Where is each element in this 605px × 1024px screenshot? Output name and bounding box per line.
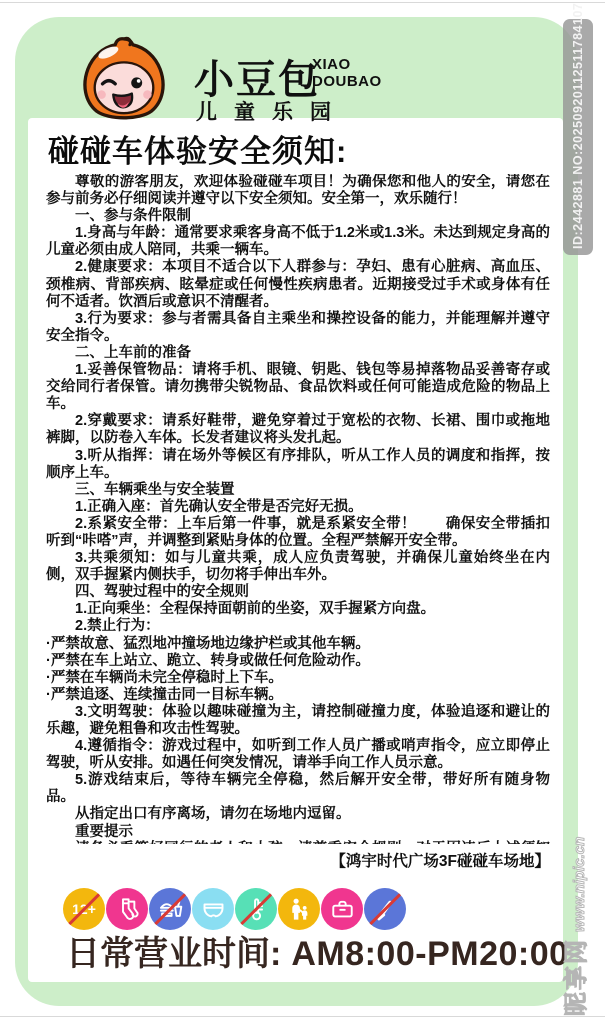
- notice-paragraph: 重要提示: [46, 824, 550, 841]
- notice-paragraph: 3.行为要求：参与者需具备自主乘坐和操控设备的能力，并能理解并遵守安全指令。: [46, 311, 550, 345]
- notice-body: 尊敬的游客朋友，欢迎体验碰碰车项目！为确保您和他人的安全，请您在参与前务必仔细阅…: [46, 174, 550, 844]
- notice-paragraph: 1.正向乘坐：全程保持面朝前的坐姿，双手握紧方向盘。: [46, 601, 550, 618]
- watermark-site-brand: 昵享网: [563, 938, 590, 1016]
- notice-paragraph: 2.禁止行为：: [46, 618, 550, 635]
- bag-storage-icon: [321, 888, 363, 930]
- notice-paragraph: 尊敬的游客朋友，欢迎体验碰碰车项目！为确保您和他人的安全，请您在参与前务必仔细阅…: [46, 174, 550, 208]
- notice-paragraph: 四、驾驶过程中的安全规则: [46, 584, 550, 601]
- poster: 小豆包 XIAO DOUBAO 儿童乐园 碰碰车体验安全须知: 尊敬的游客朋友，…: [0, 0, 605, 1024]
- brand-en-line2: DOUBAO: [312, 73, 382, 90]
- notice-paragraph: ·严禁故意、猛烈地冲撞场地边缘护栏或其他车辆。: [46, 636, 550, 653]
- watermark-site-url: www.nipic.cn: [571, 837, 588, 932]
- business-hours: 日常营业时间:AM8:00-PM20:00: [66, 926, 556, 975]
- notice-paragraph: 1.妥善保管物品：请将手机、眼镜、钥匙、钱包等易掉落物品妥善寄存或交给同行者保管…: [46, 362, 550, 413]
- business-hours-label: 日常营业时间:: [66, 935, 281, 973]
- notice-paragraph: 二、上车前的准备: [46, 345, 550, 362]
- notice-paragraph: ·严禁追逐、连续撞击同一目标车辆。: [46, 687, 550, 704]
- no-age-12-plus-icon: 12+: [63, 888, 105, 930]
- adult-supervision-icon: [278, 888, 320, 930]
- watermark-id-text: ID:2442881 NO:20250920112511784107: [563, 19, 593, 255]
- brand-header: 小豆包 XIAO DOUBAO 儿童乐园: [66, 34, 536, 120]
- brand-en-line1: XIAO: [312, 56, 382, 73]
- notice-paragraph: 5.游戏结束后，等待车辆完全停稳，然后解开安全带，带好所有随身物品。: [46, 772, 550, 806]
- mascot-icon: [68, 36, 180, 120]
- watermark-id-bar: ID:2442881 NO:20250920112511784107: [563, 19, 593, 255]
- top-border-line: [0, 2, 605, 3]
- notice-paragraph: 2.健康要求：本项目不适合以下人群参与：孕妇、患有心脏病、高血压、颈椎病、背部疾…: [46, 259, 550, 310]
- no-sharp-objects-icon: [364, 888, 406, 930]
- socks-required-icon: [106, 888, 148, 930]
- notice-paragraph: 1.身高与年龄：通常要求乘客身高不低于1.2米或1.3米。未达到规定身高的儿童必…: [46, 225, 550, 259]
- business-hours-value: AM8:00-PM20:00: [291, 935, 568, 973]
- notice-paragraph: 从指定出口有序离场，请勿在场地内逗留。: [46, 806, 550, 823]
- no-fever-thermometer-icon: [235, 888, 277, 930]
- diaper-required-icon: [192, 888, 234, 930]
- notice-paragraph: 2.穿戴要求：请系好鞋带，避免穿着过于宽松的衣物、长裙、围巾或拖地裤脚，以防卷入…: [46, 413, 550, 447]
- notice-paragraph: ·严禁在车辆尚未完全停稳时上下车。: [46, 670, 550, 687]
- notice-paragraph: 一、参与条件限制: [46, 208, 550, 225]
- notice-paragraph: 3.听从指挥：请在场外等候区有序排队，听从工作人员的调度和指挥，按顺序上车。: [46, 448, 550, 482]
- notice-paragraph: ·严禁在车上站立、跪立、转身或做任何危险动作。: [46, 653, 550, 670]
- venue-line: 【鸿宇时代广场3F碰碰车场地】: [46, 849, 550, 871]
- bottom-border-line: [0, 1016, 605, 1017]
- notice-title: 碰碰车体验安全须知:: [48, 126, 558, 171]
- notice-paragraph: 2.系紧安全带：上车后第一件事，就是系紧安全带！ 确保安全带插扣听到“咔嗒”声，…: [46, 516, 550, 550]
- notice-paragraph: 1.正确入座：首先确认安全带是否完好无损。: [46, 499, 550, 516]
- brand-subtitle: 儿童乐园: [196, 96, 348, 126]
- brand-name-en: XIAO DOUBAO: [312, 56, 382, 90]
- notice-paragraph: 三、车辆乘坐与安全装置: [46, 482, 550, 499]
- watermark-site-text: 昵享网www.nipic.cn: [558, 782, 596, 1016]
- watermark-site: 昵享网www.nipic.cn: [556, 782, 598, 1016]
- notice-paragraph: 4.遵循指令：游戏过程中，如听到工作人员广播或哨声指令，应立即停止驾驶，听从安排…: [46, 738, 550, 772]
- no-food-drink-icon: [149, 888, 191, 930]
- notice-paragraph: 请务必看管好同行的老人和小孩。请尊重安全规则，对于因违反上述须知而导致的任何人身…: [46, 841, 550, 844]
- notice-paragraph: 3.共乘须知：如与儿童共乘，成人应负责驾驶，并确保儿童始终坐在内侧，双手握紧内侧…: [46, 550, 550, 584]
- notice-paragraph: 3.文明驾驶：体验以趣味碰撞为主，请控制碰撞力度，体验追逐和避让的乐趣，避免粗鲁…: [46, 704, 550, 738]
